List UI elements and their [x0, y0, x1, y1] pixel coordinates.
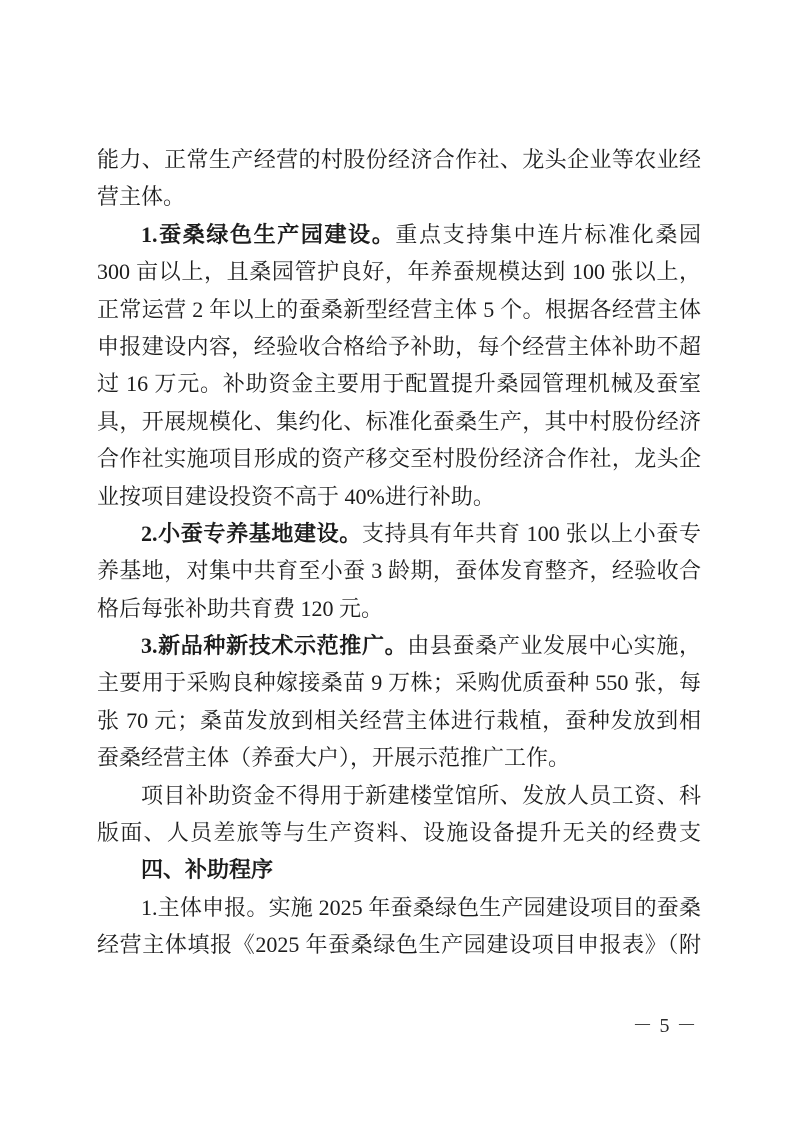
- body-text: 项目补助资金不得用于新建楼堂馆所、发放人员工资、科研: [97, 783, 701, 814]
- body-text: 合作社实施项目形成的资产移交至村股份经济合作社，龙头企: [97, 446, 701, 471]
- body-text: 蚕桑经营主体（养蚕大户），开展示范推广工作。: [97, 745, 570, 770]
- text-line: 3.新品种新技术示范推广。由县蚕桑产业发展中心实施，: [97, 627, 701, 664]
- body-text: 经营主体填报《2025 年蚕桑绿色生产园建设项目申报表》（附: [97, 932, 701, 957]
- bold-lead-text: 3.新品种新技术示范推广。: [141, 633, 407, 658]
- text-line: 格后每张补助共育费 120 元。: [97, 590, 701, 627]
- body-text: 申报建设内容，经验收合格给予补助，每个经营主体补助不超: [97, 334, 701, 359]
- text-line: 具，开展规模化、集约化、标准化蚕桑生产，其中村股份经济: [97, 403, 701, 440]
- text-line: 经营主体填报《2025 年蚕桑绿色生产园建设项目申报表》（附: [97, 926, 701, 963]
- text-line: 300 亩以上，且桑园管护良好，年养蚕规模达到 100 张以上，: [97, 253, 701, 290]
- text-line: 项目补助资金不得用于新建楼堂馆所、发放人员工资、科研: [97, 777, 701, 814]
- text-line: 能力、正常生产经营的村股份经济合作社、龙头企业等农业经: [97, 141, 701, 178]
- text-line: 张 70 元；桑苗发放到相关经营主体进行栽植，蚕种发放到相关: [97, 702, 701, 739]
- bold-lead-text: 2.小蚕专养基地建设。: [141, 521, 362, 546]
- document-page: 能力、正常生产经营的村股份经济合作社、龙头企业等农业经营主体。1.蚕桑绿色生产园…: [0, 0, 793, 1122]
- text-line: 养基地，对集中共育至小蚕 3 龄期，蚕体发育整齐，经验收合: [97, 552, 701, 589]
- text-line: 主要用于采购良种嫁接桑苗 9 万株；采购优质蚕种 550 张，每: [97, 664, 701, 701]
- body-text: 支持具有年共育 100 张以上小蚕专: [362, 521, 701, 546]
- text-line: 1.主体申报。实施 2025 年蚕桑绿色生产园建设项目的蚕桑: [97, 889, 701, 926]
- document-body: 能力、正常生产经营的村股份经济合作社、龙头企业等农业经营主体。1.蚕桑绿色生产园…: [97, 141, 701, 964]
- body-text: 营主体。: [97, 184, 185, 209]
- bold-lead-text: 1.蚕桑绿色生产园建设。: [141, 222, 395, 247]
- text-line: 版面、人员差旅等与生产资料、设施设备提升无关的经费支出。: [97, 814, 701, 851]
- body-text: 业按项目建设投资不高于 40%进行补助。: [97, 484, 495, 509]
- page-number: － 5 －: [613, 1011, 717, 1041]
- body-text: 张 70 元；桑苗发放到相关经营主体进行栽植，蚕种发放到相关: [97, 708, 701, 739]
- section-heading: 四、补助程序: [97, 851, 701, 888]
- body-text: 版面、人员差旅等与生产资料、设施设备提升无关的经费支出。: [97, 820, 701, 851]
- body-text: 正常运营 2 年以上的蚕桑新型经营主体 5 个。根据各经营主体: [97, 297, 701, 322]
- text-line: 蚕桑经营主体（养蚕大户），开展示范推广工作。: [97, 739, 701, 776]
- body-text: 具，开展规模化、集约化、标准化蚕桑生产，其中村股份经济: [97, 409, 701, 434]
- heading-text: 四、补助程序: [141, 857, 273, 882]
- text-line: 业按项目建设投资不高于 40%进行补助。: [97, 478, 701, 515]
- body-text: 主要用于采购良种嫁接桑苗 9 万株；采购优质蚕种 550 张，每: [97, 670, 701, 695]
- text-line: 1.蚕桑绿色生产园建设。重点支持集中连片标准化桑园: [97, 216, 701, 253]
- body-text: 300 亩以上，且桑园管护良好，年养蚕规模达到 100 张以上，: [97, 259, 701, 284]
- text-line: 2.小蚕专养基地建设。支持具有年共育 100 张以上小蚕专: [97, 515, 701, 552]
- text-line: 合作社实施项目形成的资产移交至村股份经济合作社，龙头企: [97, 440, 701, 477]
- text-line: 申报建设内容，经验收合格给予补助，每个经营主体补助不超: [97, 328, 701, 365]
- text-line: 过 16 万元。补助资金主要用于配置提升桑园管理机械及蚕室机: [97, 365, 701, 402]
- body-text: 过 16 万元。补助资金主要用于配置提升桑园管理机械及蚕室机: [97, 371, 701, 402]
- body-text: 格后每张补助共育费 120 元。: [97, 596, 383, 621]
- body-text: 养基地，对集中共育至小蚕 3 龄期，蚕体发育整齐，经验收合: [97, 558, 701, 583]
- text-line: 正常运营 2 年以上的蚕桑新型经营主体 5 个。根据各经营主体: [97, 291, 701, 328]
- text-line: 营主体。: [97, 178, 701, 215]
- body-text: 1.主体申报。实施 2025 年蚕桑绿色生产园建设项目的蚕桑: [141, 895, 701, 920]
- body-text: 由县蚕桑产业发展中心实施，: [407, 633, 701, 658]
- body-text: 能力、正常生产经营的村股份经济合作社、龙头企业等农业经: [97, 147, 701, 172]
- body-text: 重点支持集中连片标准化桑园: [395, 222, 701, 247]
